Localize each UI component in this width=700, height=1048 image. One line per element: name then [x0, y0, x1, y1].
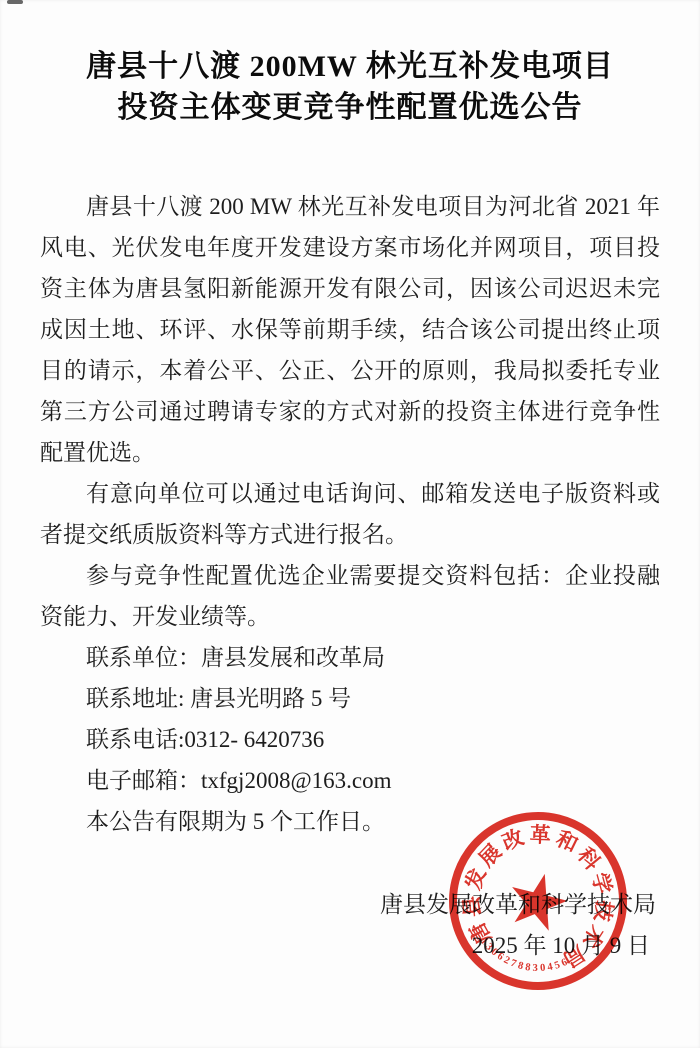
contact-unit-line: 联系单位：唐县发展和改革局: [40, 637, 660, 678]
issue-date: 2025 年 10 月 9 日: [40, 925, 660, 966]
title-line-1: 唐县十八渡 200MW 林光互补发电项目: [0, 46, 700, 87]
document-page: 唐县十八渡 200MW 林光互补发电项目 投资主体变更竞争性配置优选公告 唐县十…: [0, 0, 700, 1048]
signature-block: 唐县发展改革和科学技术局 2025 年 10 月 9 日: [40, 884, 660, 966]
paragraph-required-materials: 参与竞争性配置优选企业需要提交资料包括：企业投融资能力、开发业绩等。: [40, 555, 660, 637]
issuing-authority: 唐县发展改革和科学技术局: [40, 884, 660, 925]
title-line-2: 投资主体变更竞争性配置优选公告: [0, 87, 700, 128]
document-title: 唐县十八渡 200MW 林光互补发电项目 投资主体变更竞争性配置优选公告: [0, 0, 700, 128]
document-body: 唐县十八渡 200 MW 林光互补发电项目为河北省 2021 年风电、光伏发电年…: [40, 186, 660, 966]
contact-phone-line: 联系电话:0312- 6420736: [40, 719, 660, 760]
scan-artifact: [7, 0, 23, 4]
contact-email-line: 电子邮箱：txfgj2008@163.com: [40, 760, 660, 801]
validity-period-line: 本公告有限期为 5 个工作日。: [40, 801, 660, 842]
contact-address-line: 联系地址: 唐县光明路 5 号: [40, 678, 660, 719]
paragraph-project-background: 唐县十八渡 200 MW 林光互补发电项目为河北省 2021 年风电、光伏发电年…: [40, 186, 660, 473]
paragraph-registration-methods: 有意向单位可以通过电话询问、邮箱发送电子版资料或者提交纸质版资料等方式进行报名。: [40, 473, 660, 555]
